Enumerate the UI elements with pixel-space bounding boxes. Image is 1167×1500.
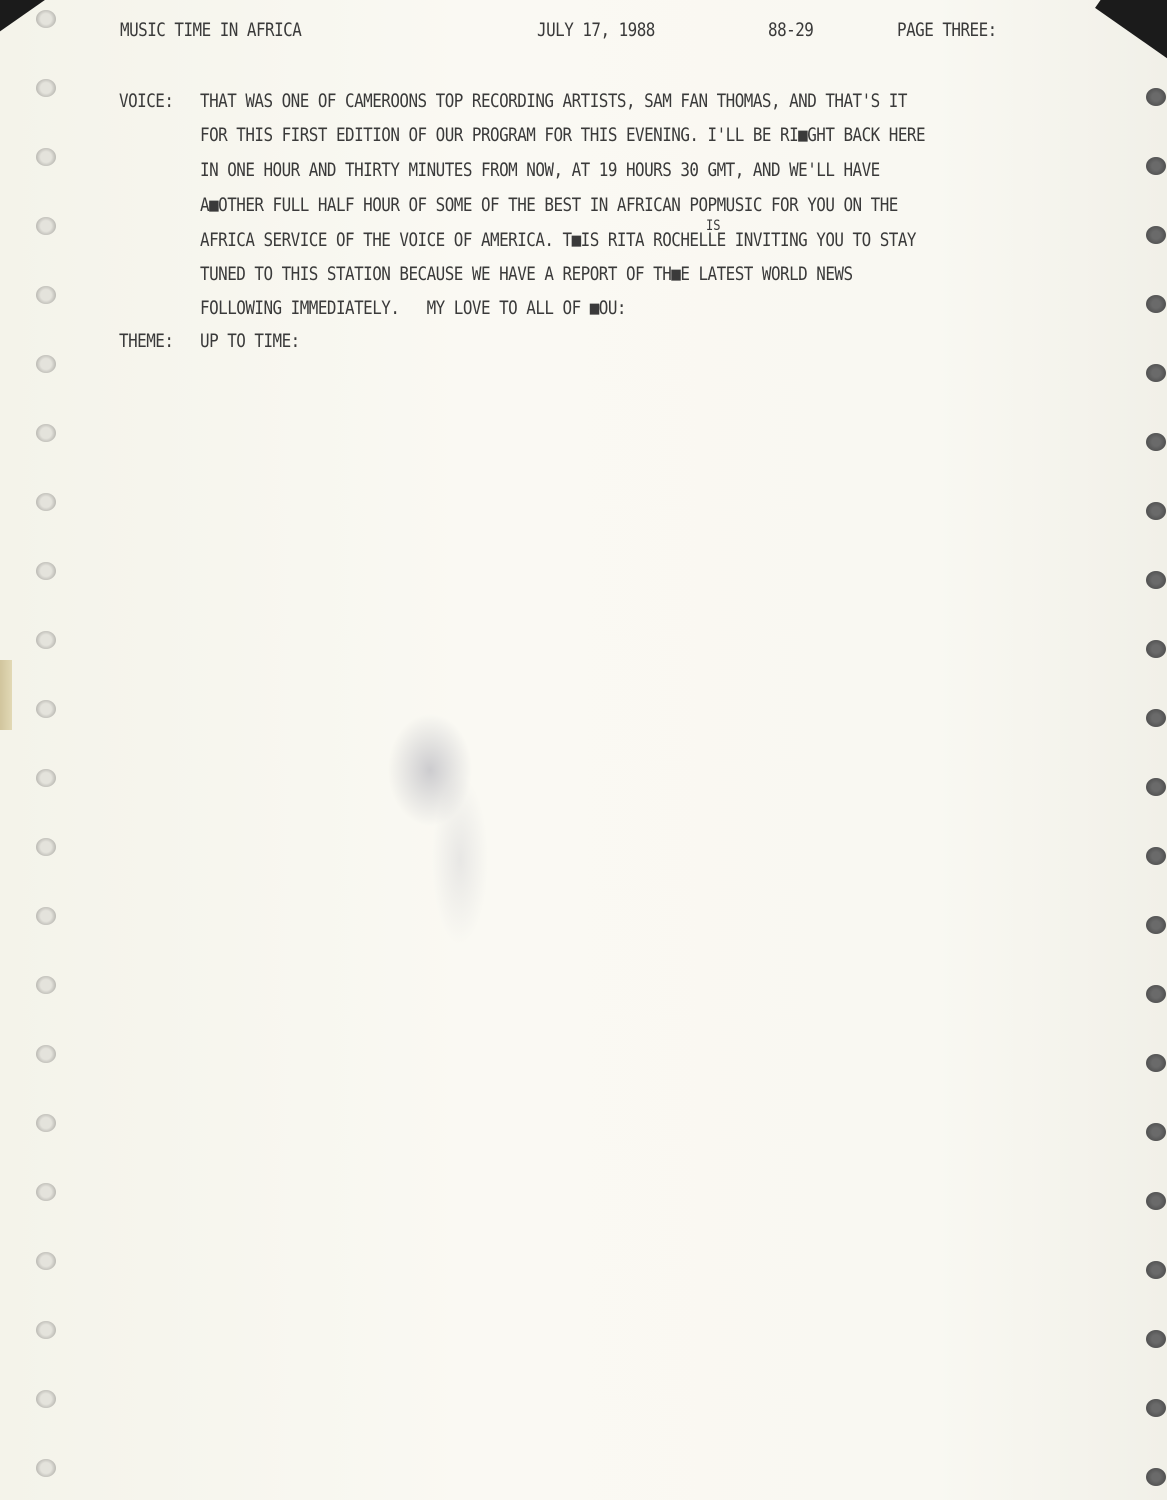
sprocket-hole [36,1252,56,1270]
sprocket-hole [36,562,56,580]
sprocket-hole [36,10,56,28]
sprocket-hole [36,424,56,442]
sprocket-hole [36,1321,56,1339]
sprocket-hole [36,907,56,925]
speaker-label: THEME: [119,331,173,352]
sprocket-hole [1146,88,1166,106]
sprocket-hole [1146,1468,1166,1486]
tape-residue [0,660,12,730]
sprocket-hole [36,286,56,304]
sprocket-hole [1146,847,1166,865]
program-title: MUSIC TIME IN AFRICA [120,20,301,41]
script-line: FOLLOWING IMMEDIATELY. MY LOVE TO ALL OF… [200,298,626,319]
sprocket-hole [36,148,56,166]
sprocket-hole [36,976,56,994]
script-line: FOR THIS FIRST EDITION OF OUR PROGRAM FO… [200,125,925,146]
script-date: JULY 17, 1988 [537,20,655,41]
sprocket-hole [36,1114,56,1132]
theme-text: UP TO TIME: [200,331,300,352]
sprocket-hole [1146,709,1166,727]
sprocket-hole [1146,295,1166,313]
sprocket-hole [1146,226,1166,244]
paper-sheet [0,0,1167,1500]
script-number: 88-29 [768,20,813,41]
sprocket-hole [36,493,56,511]
sprocket-hole [36,217,56,235]
sprocket-hole [1146,1192,1166,1210]
sprocket-hole [1146,1261,1166,1279]
sprocket-hole [1146,1054,1166,1072]
sprocket-hole [36,79,56,97]
script-line: IN ONE HOUR AND THIRTY MINUTES FROM NOW,… [200,160,880,181]
sprocket-hole [36,769,56,787]
sprocket-hole [36,355,56,373]
script-line: AFRICA SERVICE OF THE VOICE OF AMERICA. … [200,230,916,251]
speaker-label: VOICE: [119,91,173,112]
sprocket-hole [36,700,56,718]
sprocket-hole [36,1183,56,1201]
sprocket-hole [1146,1330,1166,1348]
sprocket-hole [1146,157,1166,175]
sprocket-hole [1146,502,1166,520]
sprocket-hole [36,838,56,856]
sprocket-hole [1146,778,1166,796]
sprocket-hole [1146,1123,1166,1141]
sprocket-hole [1146,571,1166,589]
sprocket-hole [1146,916,1166,934]
sprocket-hole [1146,364,1166,382]
sprocket-hole [1146,985,1166,1003]
sprocket-hole [36,1390,56,1408]
sprocket-hole [36,1045,56,1063]
sprocket-hole [1146,1399,1166,1417]
sprocket-hole [1146,433,1166,451]
sprocket-hole [36,1459,56,1477]
script-line: THAT WAS ONE OF CAMEROONS TOP RECORDING … [200,91,907,112]
sprocket-hole [1146,640,1166,658]
sprocket-hole [36,631,56,649]
script-line: A■OTHER FULL HALF HOUR OF SOME OF THE BE… [200,195,898,216]
page-number: PAGE THREE: [897,20,997,41]
script-line: TUNED TO THIS STATION BECAUSE WE HAVE A … [200,264,853,285]
